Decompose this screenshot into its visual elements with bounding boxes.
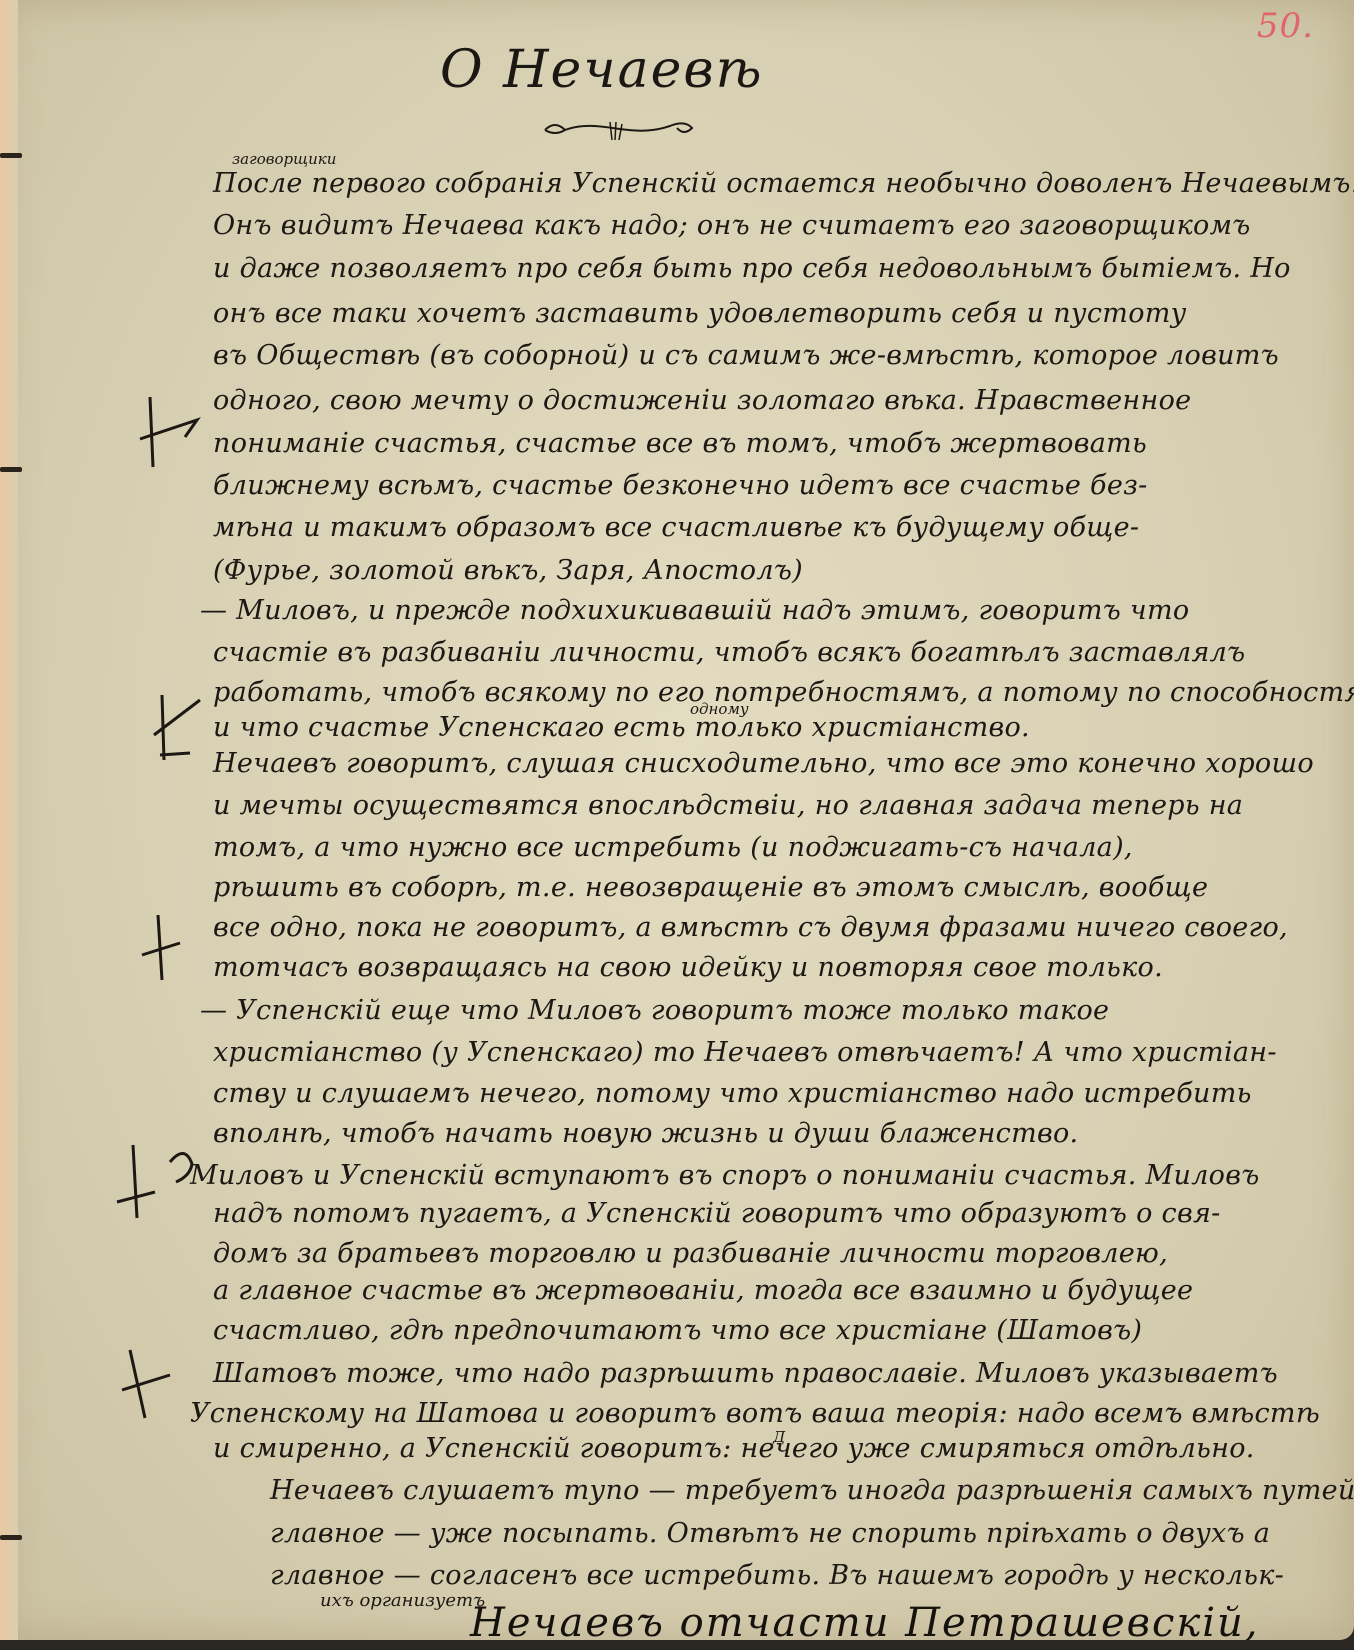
manuscript-line: Онъ видитъ Нечаева какъ надо; онъ не счи… xyxy=(213,210,1251,241)
folio-number: 50. xyxy=(1257,6,1314,46)
manuscript-line: счастливо, гдѣ предпочитаютъ что все хри… xyxy=(213,1315,1142,1346)
manuscript-page: 50. О Нечаевѣ заговорщики одному Д После… xyxy=(0,0,1354,1640)
page-title: О Нечаевѣ xyxy=(440,40,764,100)
margin-cross-icon xyxy=(140,915,190,985)
manuscript-line: и мечты осуществятся впослѣдствіи, но гл… xyxy=(213,790,1243,821)
manuscript-line: вполнѣ, чтобъ начать новую жизнь и души … xyxy=(213,1118,1078,1149)
manuscript-line: и что счастье Успенскаго есть только хри… xyxy=(213,712,1030,743)
manuscript-line: Нечаевъ слушаетъ тупо — требуетъ иногда … xyxy=(270,1475,1354,1506)
manuscript-line: надъ потомъ пугаетъ, а Успенскій говорит… xyxy=(213,1198,1221,1229)
manuscript-line: все одно, пока не говоритъ, а вмѣстѣ съ … xyxy=(213,912,1288,943)
manuscript-line: а главное счастье въ жертвованіи, тогда … xyxy=(213,1275,1193,1306)
manuscript-line: домъ за братьевъ торговлю и разбиваніе л… xyxy=(213,1238,1168,1269)
manuscript-line: Миловъ и Успенскій вступаютъ въ споръ о … xyxy=(190,1160,1260,1191)
margin-cross-arrow-icon xyxy=(150,695,210,765)
manuscript-line: главное — согласенъ все истребить. Въ на… xyxy=(270,1560,1284,1591)
margin-cross-question-icon xyxy=(115,1140,195,1220)
manuscript-line: ихъ организуетъ xyxy=(320,1590,485,1611)
manuscript-line: тотчасъ возвращаясь на свою идейку и пов… xyxy=(213,952,1163,983)
manuscript-line: счастіе въ разбиваніи личности, чтобъ вс… xyxy=(213,637,1245,668)
manuscript-line: — Миловъ, и прежде подхихикивавшій надъ … xyxy=(200,595,1189,626)
manuscript-line: ству и слушаемъ нечего, потому что христ… xyxy=(213,1078,1252,1109)
manuscript-line: главное — уже посыпать. Отвѣтъ не спорит… xyxy=(270,1518,1270,1549)
manuscript-line: Успенскому на Шатова и говоритъ вотъ ваш… xyxy=(190,1398,1320,1429)
scan-edge xyxy=(0,1640,1354,1650)
binding-stitch xyxy=(0,153,22,158)
manuscript-line: После первого собранія Успенскій остаетс… xyxy=(213,168,1354,199)
title-flourish-icon xyxy=(540,112,700,142)
manuscript-line: Шатовъ тоже, что надо разрѣшить правосла… xyxy=(213,1358,1278,1389)
margin-cross-icon xyxy=(120,1340,180,1420)
manuscript-line: — Успенскій еще что Миловъ говоритъ тоже… xyxy=(200,995,1109,1026)
interlinear-note: заговорщики xyxy=(232,150,336,168)
manuscript-line: христіанство (у Успенскаго) то Нечаевъ о… xyxy=(213,1037,1277,1068)
manuscript-line: ближнему всѣмъ, счастье безконечно идетъ… xyxy=(213,470,1148,501)
manuscript-line: мѣна и такимъ образомъ все счастливѣе къ… xyxy=(213,512,1139,543)
manuscript-line: томъ, а что нужно все истребить (и поджи… xyxy=(213,832,1133,863)
binding-stitch xyxy=(0,467,22,472)
margin-cross-arrow-icon xyxy=(135,392,205,472)
manuscript-line: въ Обществѣ (въ соборной) и съ самимъ же… xyxy=(213,340,1279,371)
manuscript-line: пониманіе счастья, счастье все въ томъ, … xyxy=(213,428,1147,459)
binding-stitch xyxy=(0,1535,22,1540)
manuscript-line: работать, чтобъ всякому по его потребнос… xyxy=(213,677,1354,708)
manuscript-line: и смиренно, а Успенскій говоритъ: нечего… xyxy=(213,1433,1255,1464)
manuscript-line: Нечаевъ говоритъ, слушая снисходительно,… xyxy=(213,748,1314,779)
manuscript-line: и даже позволяетъ про себя быть про себя… xyxy=(213,253,1291,284)
manuscript-line: (Фурье, золотой вѣкъ, Заря, Апостолъ) xyxy=(213,555,803,586)
manuscript-line: онъ все таки хочетъ заставить удовлетвор… xyxy=(213,298,1187,329)
manuscript-line: одного, свою мечту о достиженіи золотаго… xyxy=(213,385,1191,416)
manuscript-line: рѣшить въ соборѣ, т.е. невозвращеніе въ … xyxy=(213,872,1208,903)
